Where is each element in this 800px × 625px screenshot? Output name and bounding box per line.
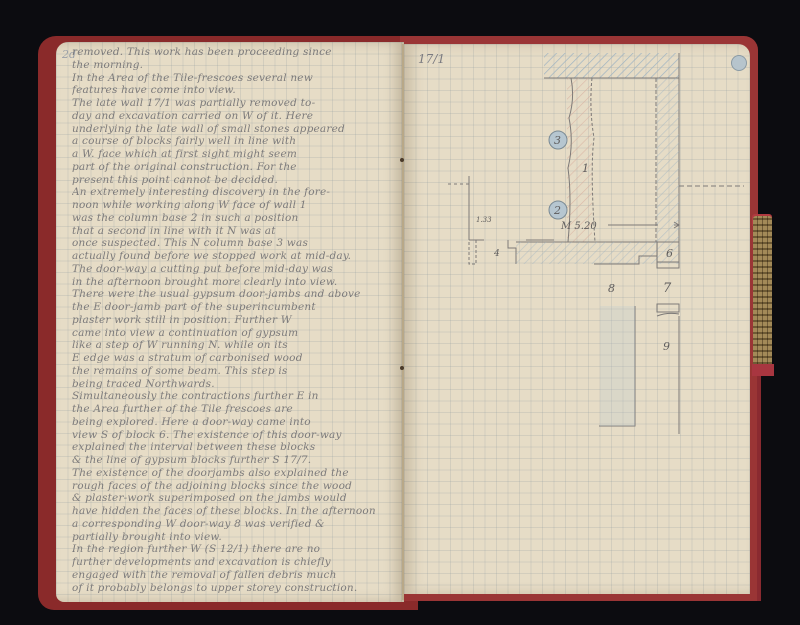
label-block-8: 8 xyxy=(608,282,615,295)
handwritten-line: came into view a continuation of gypsum xyxy=(72,327,397,340)
handwritten-line: the Area further of the Tile frescoes ar… xyxy=(72,403,397,416)
handwritten-line: plaster work still in position. Further … xyxy=(72,314,397,327)
handwritten-line: present this point cannot be decided. xyxy=(72,174,397,187)
handwritten-line: The door-way a cutting put before mid-da… xyxy=(72,263,397,276)
label-block-4: 4 xyxy=(493,249,500,259)
handwritten-line: once suspected. This N column base 3 was xyxy=(72,237,397,250)
handwritten-line: Simultaneously the contractions further … xyxy=(72,390,397,403)
handwritten-line: being explored. Here a door-way came int… xyxy=(72,416,397,429)
handwritten-line: & plaster-work superimposed on the jambs… xyxy=(72,492,397,505)
label-block-9: 9 xyxy=(663,340,670,353)
handwritten-line: removed. This work has been proceeding s… xyxy=(72,46,397,59)
handwritten-line: being traced Northwards. xyxy=(72,378,397,391)
handwritten-line: like a step of W running N. while on its xyxy=(72,339,397,352)
handwritten-line: The late wall 17/1 was partially removed… xyxy=(72,97,397,110)
handwritten-line: In the region further W (S 12/1) there a… xyxy=(72,543,397,556)
handwritten-line: underlying the late wall of small stones… xyxy=(72,123,397,136)
handwritten-line: The existence of the doorjambs also expl… xyxy=(72,467,397,480)
handwritten-line: have hidden the faces of these blocks. I… xyxy=(72,505,397,518)
handwritten-line: actually found before we stopped work at… xyxy=(72,250,397,263)
handwritten-notes: removed. This work has been proceeding s… xyxy=(72,46,397,594)
handwritten-line: was the column base 2 in such a position xyxy=(72,212,397,225)
handwritten-line: further developments and excavation is c… xyxy=(72,556,397,569)
label-column-base-2: 2 xyxy=(553,204,561,217)
pencil-cap xyxy=(752,364,774,376)
handwritten-line: view S of block 6. The existence of this… xyxy=(72,429,397,442)
handwritten-line: the morning. xyxy=(72,59,397,72)
bookmark-ribbon xyxy=(757,376,761,601)
handwritten-line: a W. face which at first sight might see… xyxy=(72,148,397,161)
handwritten-line: a course of blocks fairly well in line w… xyxy=(72,135,397,148)
handwritten-line: a corresponding W door-way 8 was verifie… xyxy=(72,518,397,531)
handwritten-line: There were the usual gypsum door-jambs a… xyxy=(72,288,397,301)
pencil-in-loop xyxy=(753,216,772,368)
label-measurement: M 5.20 xyxy=(560,221,597,232)
handwritten-line: E edge was a stratum of carbonised wood xyxy=(72,352,397,365)
handwritten-line: & the line of gypsum blocks further S 17… xyxy=(72,454,397,467)
handwritten-line: engaged with the removal of fallen debri… xyxy=(72,569,397,582)
label-side-measurement: 1.33 xyxy=(476,216,492,224)
handwritten-line: noon while working along W face of wall … xyxy=(72,199,397,212)
label-block-7: 7 xyxy=(663,281,672,296)
site-plan-drawing: 3 2 1 M 5.20 1.33 4 6 8 7 9 xyxy=(404,44,750,594)
handwritten-line: features have come into view. xyxy=(72,84,397,97)
handwritten-line: the remains of some beam. This step is xyxy=(72,365,397,378)
handwritten-line: of it probably belongs to upper storey c… xyxy=(72,582,397,595)
handwritten-line: An extremely interesting discovery in th… xyxy=(72,186,397,199)
handwritten-line: partially brought into view. xyxy=(72,531,397,544)
handwritten-line: rough faces of the adjoining blocks sinc… xyxy=(72,480,397,493)
handwritten-line: explained the interval between these blo… xyxy=(72,441,397,454)
label-wall-1: 1 xyxy=(582,162,589,175)
handwritten-line: part of the original construction. For t… xyxy=(72,161,397,174)
label-column-base-3: 3 xyxy=(554,134,561,147)
handwritten-line: the E door-jamb part of the superincumbe… xyxy=(72,301,397,314)
handwritten-line: day and excavation carried on W of it. H… xyxy=(72,110,397,123)
label-block-6: 6 xyxy=(666,247,673,260)
handwritten-line: in the afternoon brought more clearly in… xyxy=(72,276,397,289)
handwritten-line: that a second in line with it N was at xyxy=(72,225,397,238)
handwritten-line: In the Area of the Tile-frescoes several… xyxy=(72,72,397,85)
